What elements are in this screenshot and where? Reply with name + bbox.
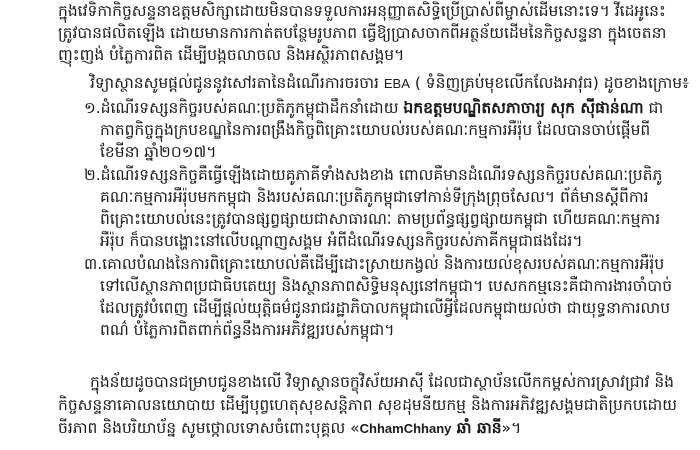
minister-name: ឯកឧត្តមបណ្ឌិតសភាចារ្យ សុក ស៊ីផាន់ណា	[403, 99, 643, 117]
list-number-2: ២.	[84, 166, 101, 184]
list-item-1-text: ដំណើរទស្សនកិច្ចរបស់គណៈប្រតិភូកម្ពុជាដឹកន…	[101, 99, 404, 117]
closing-line-2: កិច្ចសន្ទនាគោលនយោបាយ ដើម្បីបុព្វហេតុសុខស…	[58, 394, 677, 416]
person-name-khmer: ឆាំ ឆានី	[451, 419, 501, 437]
intro-line-3: ញុះញង់ បំភ្លៃការពិត ដើម្បីបង្កចលាចល និងអ…	[58, 44, 404, 66]
intro-line-1: ក្នុងវេទិកាកិច្ចសន្ទនាឧត្តមសិក្សាដោយមិនប…	[58, 0, 666, 22]
document-page: ក្នុងវេទិកាកិច្ចសន្ទនាឧត្តមសិក្សាដោយមិនប…	[0, 0, 700, 450]
list-item-2-line-3: ពិគ្រោះយោបល់នេះត្រូវបានផ្សព្វផ្សាយជាសាធា…	[100, 208, 660, 230]
list-item-2-line-4: អឺរ៉ុប ក៏បានបង្ហោះនៅលើបណ្តាញសង្គម អំពីដំ…	[100, 230, 583, 252]
eba-acronym: EBA	[384, 76, 410, 91]
closing-line-3: ចីរភាព និងបរិយាប័ន្ន សូមថ្កោលទោសចំពោះបុគ…	[58, 417, 521, 440]
list-item-3-line-2: ទៅលើស្ថានភាពប្រជាធិបតេយ្យ និងស្ថានភាពសិទ…	[100, 275, 672, 297]
list-number-1: ១.	[84, 99, 101, 117]
intro-line-2: ត្រូវបានផលិតឡើង ដោយមានការកាត់តបន្ថែមរូបភ…	[58, 22, 666, 44]
closing-text: ចីរភាព និងបរិយាប័ន្ន សូមថ្កោលទោសចំពោះបុគ…	[58, 419, 360, 437]
list-item-2: ២.ដំណើរទស្សនកិច្ចគឺធ្វើឡើងដោយគូភាគីទាំងស…	[84, 164, 662, 186]
list-item-1-tail: ជា	[644, 99, 664, 117]
closing-quote-end: »។	[502, 419, 522, 437]
list-item-2-text: ដំណើរទស្សនកិច្ចគឺធ្វើឡើងដោយគូភាគីទាំងសងខ…	[101, 166, 663, 184]
clarify-text-before: វិទ្យាស្ថានសូមផ្តល់ជូននូវសៅរតានៃដំណើរការ…	[90, 74, 384, 92]
list-item-3-line-3: ដែលត្រូវបំពេញ ដើម្បីផ្តល់យុត្តិធម៌ជូនរាជ…	[100, 297, 670, 319]
list-item-3: ៣.គោលបំណងនៃការពិគ្រោះយោបល់គឺដើម្បីដោះស្រ…	[84, 253, 664, 275]
list-number-3: ៣.	[84, 255, 102, 273]
person-name-latin: ChhamChhany	[360, 421, 452, 436]
list-item-3-line-4: ពណ៌ បំភ្លៃការពិតពាក់ព័ន្ធនឹងការអភិវឌ្ឍរប…	[100, 319, 395, 341]
closing-line-1: ក្នុងន័យដូចបានជម្រាបជូនខាងលើ វិទ្យាស្ថាន…	[90, 371, 674, 393]
list-item-3-text: គោលបំណងនៃការពិគ្រោះយោបល់គឺដើម្បីដោះស្រាយ…	[102, 255, 664, 273]
list-item-1: ១.ដំណើរទស្សនកិច្ចរបស់គណៈប្រតិភូកម្ពុជាដឹ…	[84, 97, 663, 119]
list-item-2-line-2: គណៈកម្មការអឺរ៉ុបមកកម្ពុជា និងរបស់គណៈប្រត…	[100, 186, 649, 208]
clarify-text-after: ( ទំនិញគ្រប់មុខលើកលែងអាវុធ) ដូចខាងក្រោម៖	[410, 74, 689, 92]
clarify-line: វិទ្យាស្ថានសូមផ្តល់ជូននូវសៅរតានៃដំណើរការ…	[90, 72, 689, 95]
list-item-1-line-3: ខែមីនា ឆ្នាំ២០១៧។	[100, 141, 216, 163]
list-item-1-line-2: កាតព្វកិច្ចក្នុងក្របខណ្ឌនៃការពង្រឹងកិច្ច…	[100, 119, 650, 141]
